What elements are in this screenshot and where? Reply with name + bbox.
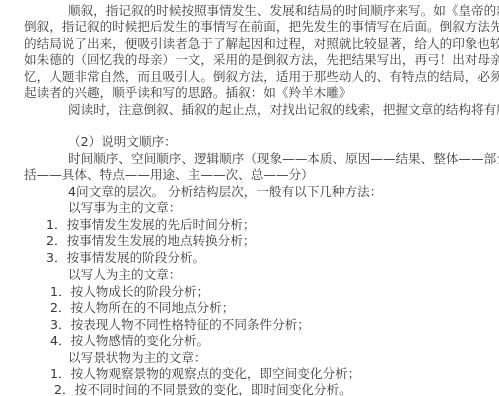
text-line: 4问文章的层次。 分析结构层次，一般有以下几种方法： (68, 183, 382, 200)
text-line: 顺叙，指记叙的时候按照事情发生、发展和结局的时间顺序来写。如《皇帝的新装》。 (68, 2, 499, 19)
text-line: 1．按人物成长的阶段分析； (50, 283, 209, 300)
text-line: 括——具体、特点——用途、主——次、总——分） (24, 166, 314, 183)
text-line: 以写事为主的文章： (68, 199, 181, 216)
text-line: 1．按事情发生发展的先后时间分析； (46, 216, 256, 233)
text-line: 阅读时，注意倒叙、插叙的起止点，对找出记叙的线索，把握文章的结构将有所帮助。 (68, 101, 499, 118)
text-line: 1．按人物观察景物的观察点的变化，即空间变化分析； (50, 365, 360, 382)
text-line: 倒叙，指记叙的时候把后发生的事情写在前面，把先发生的事情写在后面。倒叙方法先把事… (24, 18, 499, 35)
text-line: （2）说明文顺序： (68, 133, 177, 150)
text-line: 4．按人物感情的变化分析。 (50, 332, 209, 349)
text-line: 2．按事情发生发展的地点转换分析； (46, 232, 256, 249)
text-line: 3．按事情发展的阶段分析。 (46, 249, 205, 266)
text-line: 3．按表现人物不同性格特征的不同条件分析； (50, 316, 310, 333)
text-line: 如朱德的（回忆我的母亲）一文，采用的是倒叙方法，先把结果写出，再弓！出对母亲的回 (24, 51, 499, 68)
text-line: 2．按人物所在的不同地点分析； (50, 299, 234, 316)
text-line: 2．按不同时间的不同景致的变化，即时间变化分析。 (54, 381, 352, 396)
text-line: 时间顺序、空间顺序、逻辑顺序（现象——本质、原因——结果、整体——部分、概 (68, 150, 499, 167)
text-line: 以写人为主的文章： (68, 266, 181, 283)
text-line: 忆，人题非常自然，而且吸引人。倒叙方法，适用于那些动人的、有特点的结局，必须能够… (24, 68, 499, 85)
text-line: 以写景状物为主的文章： (68, 349, 207, 366)
text-line: 的结局说了出来，便吸引读者急于了解起因和过程，对照就比较显著，给人的印象也较深刻… (24, 35, 499, 52)
text-line: 起读者的兴趣，顺乎读和写的思路。插叙：如《羚羊木雕》 (24, 84, 351, 101)
